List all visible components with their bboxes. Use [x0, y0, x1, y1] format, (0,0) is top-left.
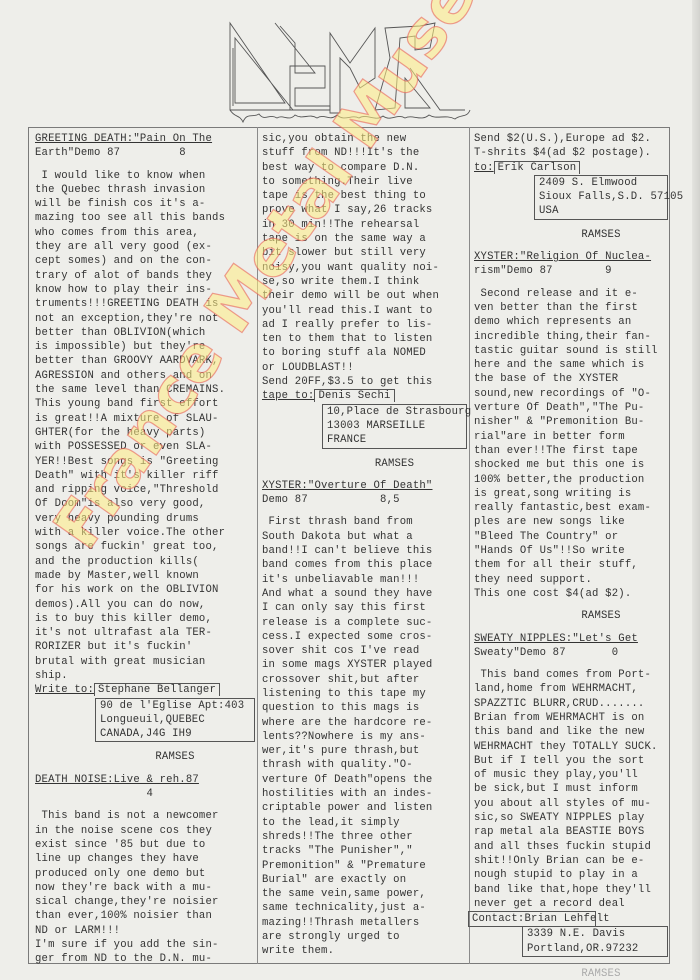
column-1: GREETING DEATH:"Pain On TheEarth"Demo 87…	[35, 127, 255, 964]
address-line: Portland,OR.97232	[527, 942, 663, 956]
text-line: question to this mags is	[262, 701, 467, 715]
text-line: ven better than the first	[474, 301, 668, 315]
contact-prefix: to:	[474, 162, 494, 174]
contact-prefix: tape to:	[262, 390, 314, 402]
spacer	[35, 801, 255, 809]
text-line: than ever,100% noisier than	[35, 909, 255, 923]
text-line: stuff from ND!!!It's the	[262, 146, 467, 160]
address-line: 10,Place de Strasbourg	[327, 405, 462, 419]
review-heading: XYSTER:"Overture Of Death"	[262, 479, 467, 493]
text-line: nough stupid to play in a	[474, 868, 668, 882]
text-line: and the production kills(	[35, 555, 255, 569]
review-heading: DEATH NOISE:Live & reh.87	[35, 773, 255, 787]
spacer	[262, 449, 467, 457]
text-line: rism"Demo 87 9	[474, 264, 668, 278]
spacer	[474, 242, 668, 250]
text-line: band comes from this place	[262, 558, 467, 572]
contact-label: tape to:Denis Sechi	[262, 389, 467, 403]
spacer	[474, 279, 668, 287]
text-line: band like that,hope they'll	[474, 883, 668, 897]
text-line: And what a sound they have	[262, 587, 467, 601]
text-line: Burial" are exactly on	[262, 873, 467, 887]
text-line: This band comes from Port-	[474, 668, 668, 682]
text-line: This young band first effort	[35, 397, 255, 411]
text-line: same technicality,just a-	[262, 901, 467, 915]
text-line: demos).All you can do now,	[35, 598, 255, 612]
address-line: 90 de l'Eglise Apt:403	[100, 699, 250, 713]
text-line: than ever!!The first tape	[474, 444, 668, 458]
spacer	[474, 220, 668, 228]
text-line: Premonition" & "Premature	[262, 859, 467, 873]
text-line: se,so write them.I think	[262, 275, 467, 289]
text-line: it's unbeliavable man!!!	[262, 573, 467, 587]
text-line: Demo 87 8,5	[262, 493, 467, 507]
spacer	[35, 742, 255, 750]
spacer	[474, 601, 668, 609]
text-line: sical change,they're noisier	[35, 895, 255, 909]
author-signature: RAMSES	[474, 967, 668, 980]
column-divider	[469, 127, 470, 964]
text-line: cess.I expected some cros-	[262, 630, 467, 644]
text-line: Death" with it's killer riff	[35, 469, 255, 483]
text-line: tape is the best thing to	[262, 189, 467, 203]
address-line: 13003 MARSEILLE	[327, 419, 462, 433]
text-line: AGRESSION and others and on	[35, 369, 255, 383]
text-line: Of Doom"is also very good,	[35, 497, 255, 511]
text-line: bit slower but still very	[262, 246, 467, 260]
text-line: really fantastic,best exam-	[474, 501, 668, 515]
text-line: 4	[35, 787, 255, 801]
text-line: I can only say this first	[262, 601, 467, 615]
text-line: the base of the XYSTER	[474, 372, 668, 386]
text-line: demo which represents an	[474, 315, 668, 329]
text-line: them for all their stuff,	[474, 558, 668, 572]
text-line: criptable power and listen	[262, 801, 467, 815]
text-line: very heavy pounding drums	[35, 512, 255, 526]
text-line: listening to this tape my	[262, 687, 467, 701]
text-line: will be finish cos it's a-	[35, 197, 255, 211]
address-line: Sioux Falls,S.D. 57105	[539, 190, 663, 204]
contact-label: to:Erik Carlson	[474, 161, 668, 175]
contact-label: Contact:Brian Lehfelt	[472, 912, 592, 926]
text-line: sic,so SWEATY NIPPLES play	[474, 811, 668, 825]
text-line: the same level than CREMAINS.	[35, 383, 255, 397]
text-line: they are all very good (ex-	[35, 240, 255, 254]
address-line: 2409 S. Elmwood	[539, 176, 663, 190]
text-line: SPAZZTIC BLURR,CRUD.......	[474, 697, 668, 711]
text-line: shit!!Only Brian can be e-	[474, 854, 668, 868]
text-line: or LOUDBLAST!!	[262, 361, 467, 375]
text-line: I would like to know when	[35, 169, 255, 183]
text-line: lents??Nowhere is my ans-	[262, 730, 467, 744]
spacer	[35, 765, 255, 773]
text-line: never get a record deal	[474, 897, 668, 911]
review-heading: SWEATY NIPPLES:"Let's Get	[474, 632, 668, 646]
text-line: their demo will be out when	[262, 289, 467, 303]
nemsis-logo-icon	[225, 18, 495, 123]
text-line: YER!!Best songs is "Greeting	[35, 455, 255, 469]
text-line: where are the hardcore re-	[262, 716, 467, 730]
address-line: CANADA,J4G IH9	[100, 727, 250, 741]
text-line: this band and like the new	[474, 725, 668, 739]
page-edge-shadow	[692, 0, 700, 980]
author-signature: RAMSES	[474, 609, 668, 623]
text-line: wer,it's pure thrash,but	[262, 744, 467, 758]
text-line: sic,you obtain the new	[262, 132, 467, 146]
text-line: the Quebec thrash invasion	[35, 183, 255, 197]
text-line: This one cost $4(ad $2).	[474, 587, 668, 601]
contact-address: 90 de l'Eglise Apt:403Longueuil,QUEBECCA…	[95, 698, 255, 743]
text-line: band!!I can't believe this	[262, 544, 467, 558]
text-line: This band is not a newcomer	[35, 809, 255, 823]
text-line: ples are new songs like	[474, 515, 668, 529]
text-line: mazing!!Thrash metallers	[262, 916, 467, 930]
address-line: Longueuil,QUEBEC	[100, 713, 250, 727]
text-line: of music they play,you'll	[474, 768, 668, 782]
author-signature: RAMSES	[262, 457, 467, 471]
text-line: tracks "The Punisher","	[262, 844, 467, 858]
text-line: rap metal ala BEASTIE BOYS	[474, 825, 668, 839]
contact-name: Erik Carlson	[494, 161, 581, 174]
text-line: South Dakota but what a	[262, 530, 467, 544]
review-heading: XYSTER:"Religion Of Nuclea-	[474, 250, 668, 264]
text-line: in 30 min!!The rehearsal	[262, 218, 467, 232]
spacer	[474, 624, 668, 632]
contact-address: 3339 N.E. DavisPortland,OR.97232	[522, 926, 668, 957]
text-line: "Hands Of Us"!!So write	[474, 544, 668, 558]
text-line: GHTER(for the heavy parts)	[35, 426, 255, 440]
text-line: who comes from this area,	[35, 226, 255, 240]
contact-address: 2409 S. ElmwoodSioux Falls,S.D. 57105USA	[534, 175, 668, 220]
text-line: sound,new recordings of "O-	[474, 387, 668, 401]
text-line: and ripping voice,"Threshold	[35, 483, 255, 497]
contact-prefix: Write to:	[35, 684, 94, 696]
text-line: T-shrits $4(ad $2 postage).	[474, 146, 668, 160]
text-line: to the lead,it simply	[262, 816, 467, 830]
text-line: land,home from WEHRMACHT,	[474, 682, 668, 696]
text-line: songs are fuckin' great too,	[35, 540, 255, 554]
column-divider	[257, 127, 258, 964]
text-line: WEHRMACHT they TOTALLY SUCK.	[474, 740, 668, 754]
text-line: But if I tell you the sort	[474, 754, 668, 768]
text-line: RORIZER but it's fuckin'	[35, 640, 255, 654]
text-line: trary of alot of bands they	[35, 269, 255, 283]
text-line: Send $2(U.S.),Europe ad $2.	[474, 132, 668, 146]
text-line: in some mags XYSTER played	[262, 658, 467, 672]
text-line: prove what I say,26 tracks	[262, 203, 467, 217]
contact-name: Stephane Bellanger	[94, 683, 220, 696]
text-line: tape is on the same way a	[262, 232, 467, 246]
text-line: not an exception,they're not	[35, 312, 255, 326]
text-line: is great,song writing is	[474, 487, 668, 501]
text-line: best way to compare D.N.	[262, 161, 467, 175]
text-line: noisy,you want quality noi-	[262, 261, 467, 275]
text-line: for his work on the OBLIVION	[35, 583, 255, 597]
text-line: release is a complete suc-	[262, 616, 467, 630]
text-line: "Bleed The Country" or	[474, 530, 668, 544]
text-line: ad I really prefer to lis-	[262, 318, 467, 332]
text-line: know how to play their ins-	[35, 283, 255, 297]
address-line: FRANCE	[327, 433, 462, 447]
contact-label: Write to:Stephane Bellanger	[35, 683, 255, 697]
text-line: now they're back with a mu-	[35, 881, 255, 895]
text-line: made by Master,well known	[35, 569, 255, 583]
text-line: First thrash band from	[262, 515, 467, 529]
spacer	[474, 660, 668, 668]
text-line: it's not ultrafast ala TER-	[35, 626, 255, 640]
text-line: truments!!!GREETING DEATH is	[35, 297, 255, 311]
text-line: ger from ND to the D.N. mu-	[35, 952, 255, 966]
text-line: Send 20FF,$3.5 to get this	[262, 375, 467, 389]
text-line: you about all styles of mu-	[474, 797, 668, 811]
text-line: shreds!!The three other	[262, 830, 467, 844]
text-line: ND or LARM!!!	[35, 924, 255, 938]
address-line: 3339 N.E. Davis	[527, 927, 663, 941]
text-line: better than OBLIVION(which	[35, 326, 255, 340]
text-line: mazing too see all this bands	[35, 211, 255, 225]
text-line: Sweaty"Demo 87 0	[474, 646, 668, 660]
text-line: Second release and it e-	[474, 287, 668, 301]
text-line: is great!!A mixture of SLAU-	[35, 412, 255, 426]
text-line: to boring stuff ala NOMED	[262, 346, 467, 360]
text-line: sover shit cos I've read	[262, 644, 467, 658]
contact-box: Contact:Brian Lehfelt	[468, 911, 596, 927]
text-line: nisher" & "Premonition Bu-	[474, 415, 668, 429]
contact-name: Denis Sechi	[314, 389, 394, 402]
text-line: you'll read this.I want to	[262, 304, 467, 318]
text-line: produced only one demo but	[35, 867, 255, 881]
column-2: sic,you obtain the newstuff from ND!!!It…	[262, 127, 467, 964]
author-signature: RAMSES	[35, 750, 255, 764]
text-line: is to buy this killer demo,	[35, 612, 255, 626]
spacer	[262, 471, 467, 479]
spacer	[262, 507, 467, 515]
spacer	[35, 161, 255, 169]
text-line: to something.Their live	[262, 175, 467, 189]
text-line: is impossible) but they're	[35, 340, 255, 354]
text-line: they need support.	[474, 573, 668, 587]
text-line: 100% better,the production	[474, 473, 668, 487]
text-line: write them.	[262, 944, 467, 958]
text-line: tastic guitar sound is still	[474, 344, 668, 358]
text-line: crossover shit,but after	[262, 673, 467, 687]
text-line: verture Of Death","The Pu-	[474, 401, 668, 415]
text-line: here and the same which is	[474, 358, 668, 372]
column-3: Send $2(U.S.),Europe ad $2.T-shrits $4(a…	[474, 127, 668, 964]
text-line: shocked me but this one is	[474, 458, 668, 472]
text-line: better than GROOVY AARDVARK,	[35, 354, 255, 368]
text-line: in the noise scene cos they	[35, 824, 255, 838]
text-line: exist since '85 but due to	[35, 838, 255, 852]
text-line: hostilities with an indes-	[262, 787, 467, 801]
text-line: with a killer voice.The other	[35, 526, 255, 540]
text-line: Brian from WEHRMACHT is on	[474, 711, 668, 725]
text-line: be sick,but I must inform	[474, 782, 668, 796]
contact-address: 10,Place de Strasbourg13003 MARSEILLEFRA…	[322, 404, 467, 449]
text-line: the same vein,same power,	[262, 887, 467, 901]
author-signature: RAMSES	[474, 228, 668, 242]
text-line: incredible thing,their fan-	[474, 330, 668, 344]
text-line: thrash with quality."O-	[262, 758, 467, 772]
text-line: rial"are in better form	[474, 430, 668, 444]
review-heading: GREETING DEATH:"Pain On The	[35, 132, 255, 146]
text-line: verture Of Death"opens the	[262, 773, 467, 787]
text-line: ship.	[35, 669, 255, 683]
text-line: ten to them that to listen	[262, 332, 467, 346]
text-line: line up changes they have	[35, 852, 255, 866]
text-line: I'm sure if you add the sin-	[35, 938, 255, 952]
address-line: USA	[539, 204, 663, 218]
text-line: cept somes) and on the con-	[35, 254, 255, 268]
text-line: Earth"Demo 87 8	[35, 146, 255, 160]
text-line: are strongly urged to	[262, 930, 467, 944]
text-line: with POSSESSED or even SLA-	[35, 440, 255, 454]
text-line: brutal with great musician	[35, 655, 255, 669]
text-line: and all thses fuckin stupid	[474, 840, 668, 854]
